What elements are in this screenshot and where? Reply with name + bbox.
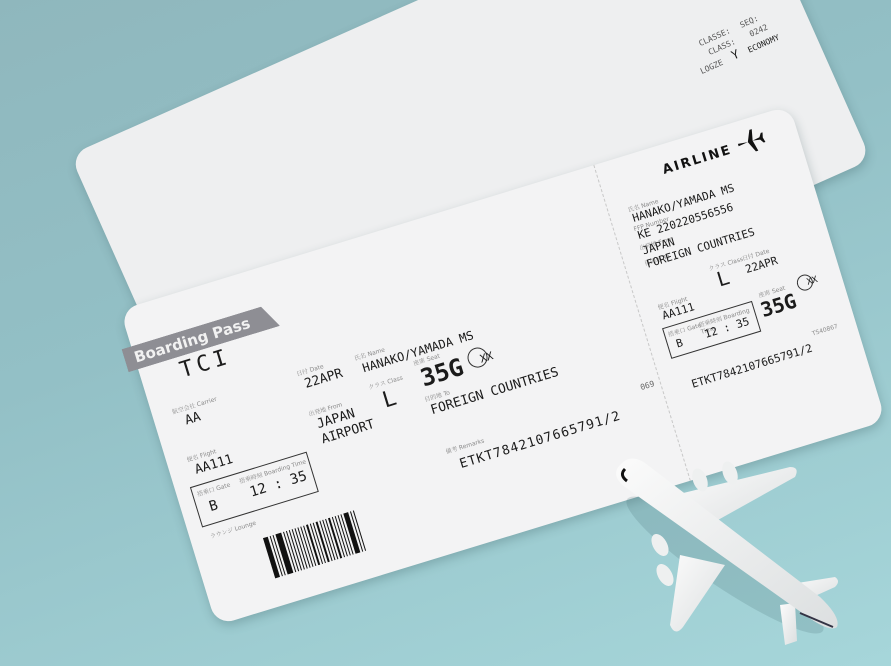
cabin-code: Y bbox=[729, 47, 741, 63]
sequence-number: 069 bbox=[639, 379, 655, 392]
stub-airplane-icon bbox=[730, 122, 771, 161]
stub-class: L bbox=[714, 265, 733, 291]
stub-ticket-number: ETKT7842107665791/2 bbox=[690, 342, 814, 391]
gate-value: B bbox=[207, 497, 220, 515]
stub-gate-label: 搭乗口 Gate bbox=[667, 320, 702, 339]
class-value: L bbox=[380, 386, 400, 414]
carrier-value: AA bbox=[183, 409, 202, 428]
stub-serial: TS40867 bbox=[811, 323, 838, 337]
barcode bbox=[263, 510, 366, 578]
stub-gate: B bbox=[674, 336, 684, 350]
no-smoking-code: XX bbox=[478, 349, 494, 365]
gate-label: 搭乗口 Gate bbox=[196, 480, 231, 499]
lodge-label: LOGZE bbox=[699, 58, 725, 76]
toy-airplane bbox=[605, 445, 855, 645]
stub-no-smoking-code: XX bbox=[806, 275, 819, 288]
stub-airline-logo-text: AIRLINE bbox=[661, 142, 734, 177]
